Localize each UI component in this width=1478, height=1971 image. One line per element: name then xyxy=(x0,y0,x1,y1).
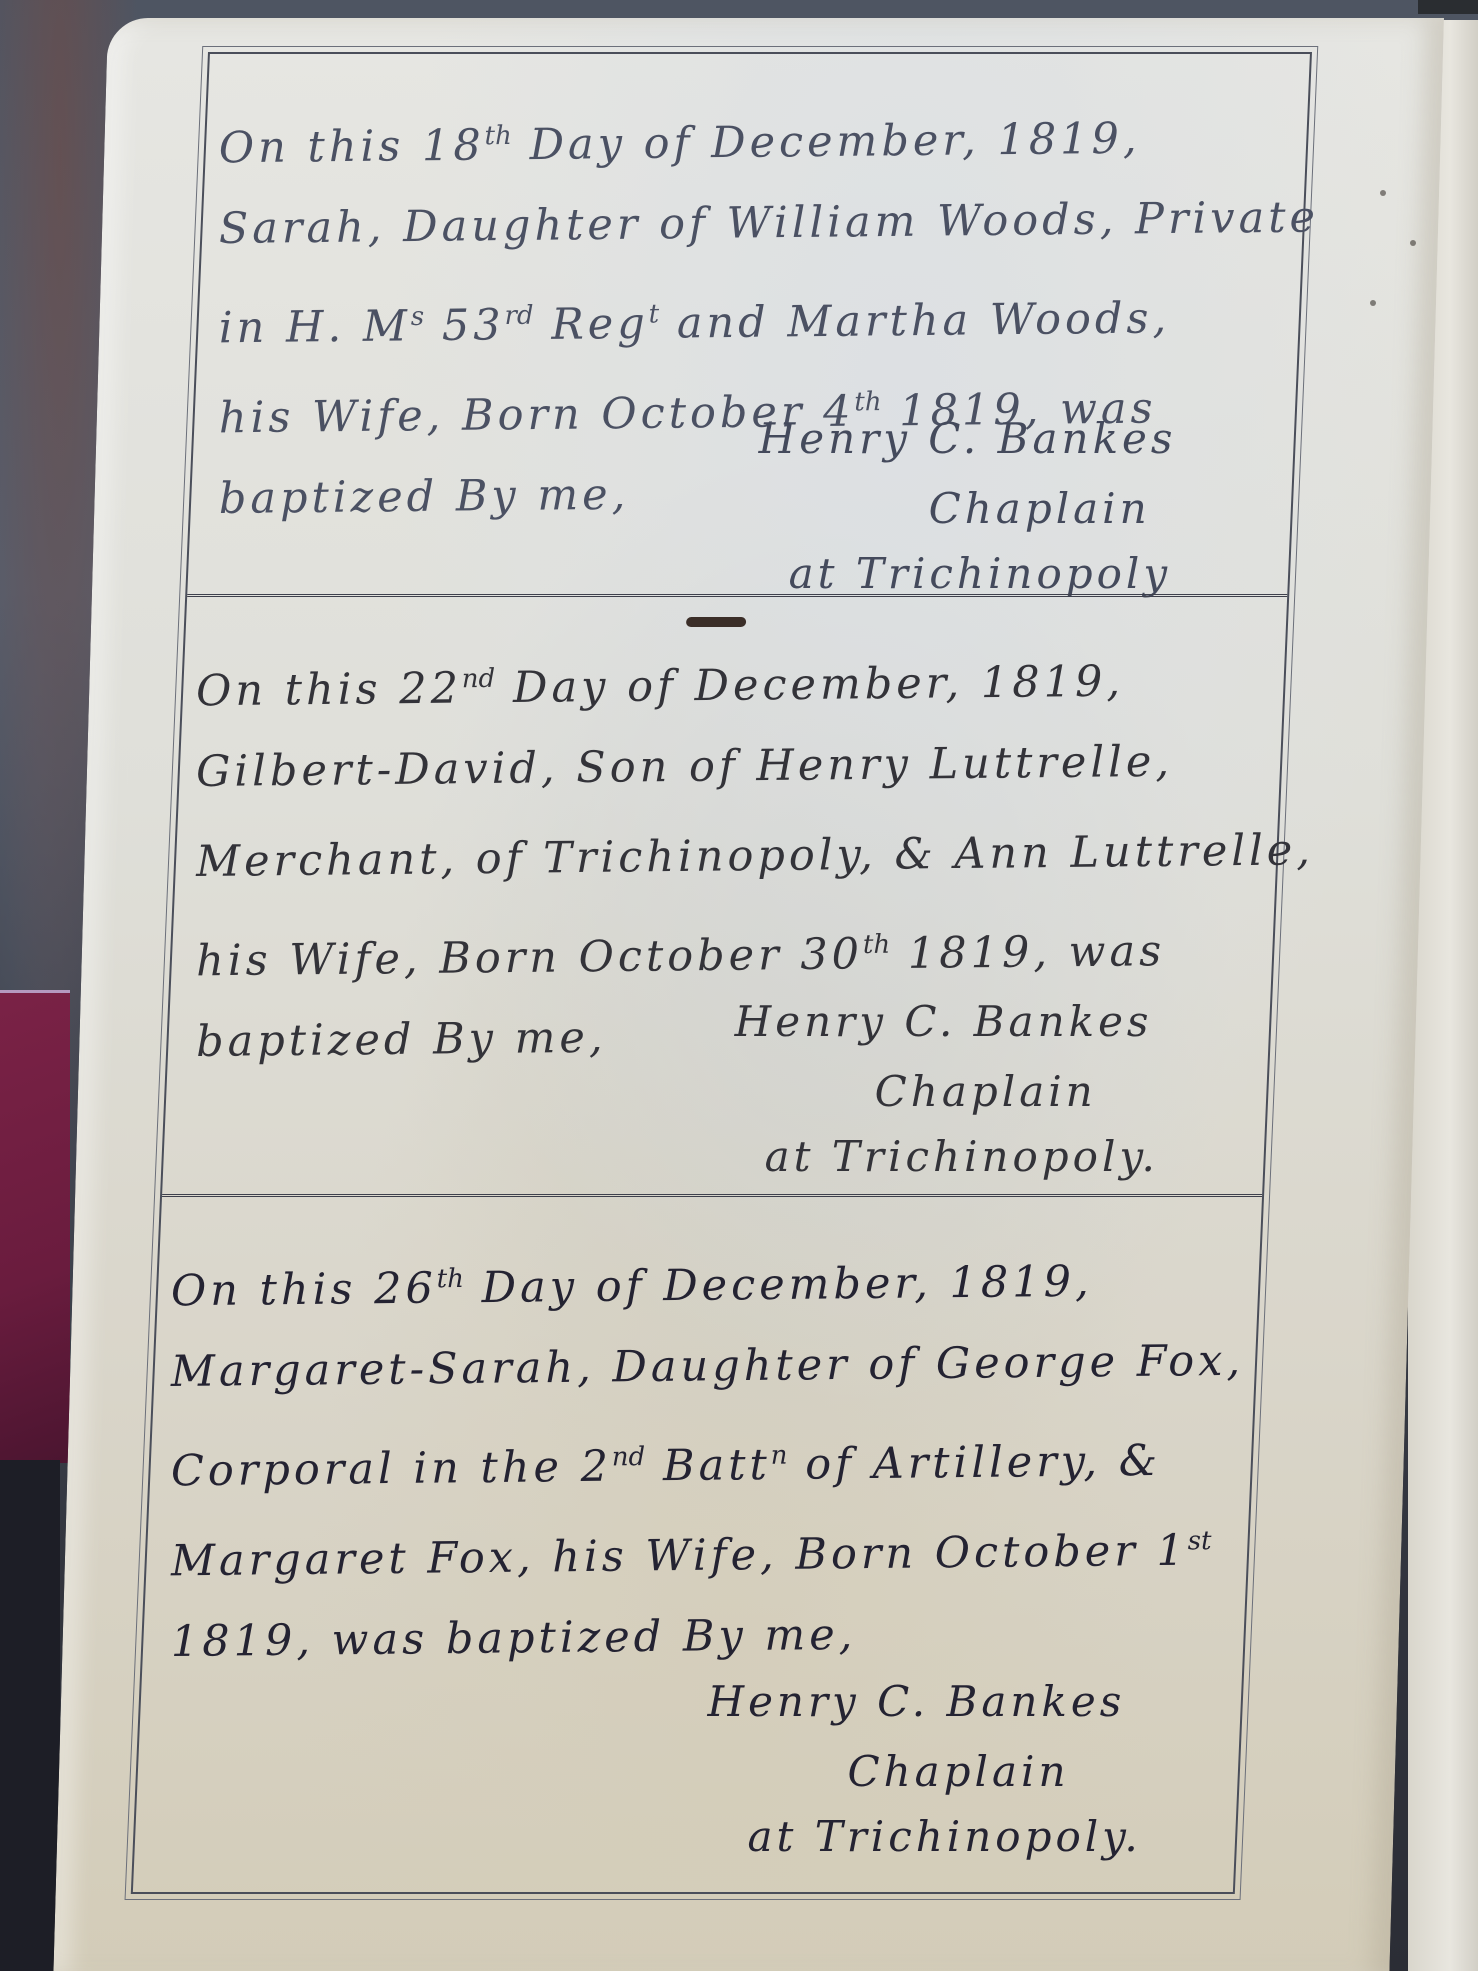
signature-title: Chaplain xyxy=(875,1067,1097,1116)
signature-title: Chaplain xyxy=(929,484,1151,533)
book-cover-dark xyxy=(0,1460,60,1971)
paper-spot xyxy=(1380,190,1386,196)
chaplain-signature: Henry C. Bankes Chaplain at Trichinopoly… xyxy=(175,597,1275,1194)
signature-title: Chaplain xyxy=(847,1747,1069,1796)
baptism-entry-3: On this 26th Day of December, 1819, Marg… xyxy=(133,1194,1262,1892)
background-edge xyxy=(1418,0,1478,14)
paper-damage xyxy=(686,617,746,627)
signature-name: Henry C. Bankes xyxy=(759,414,1177,463)
paper-spot xyxy=(1370,300,1376,306)
baptism-entry-1: On this 18th Day of December, 1819, Sara… xyxy=(187,54,1310,594)
signature-place: at Trichinopoly. xyxy=(765,1132,1159,1181)
book-cover-maroon xyxy=(0,990,70,1463)
signature-place: at Trichinopoly. xyxy=(747,1812,1141,1861)
signature-name: Henry C. Bankes xyxy=(707,1677,1125,1726)
ruled-register-frame: On this 18th Day of December, 1819, Sara… xyxy=(131,52,1312,1894)
chaplain-signature: Henry C. Bankes Chaplain at Trichinopoly xyxy=(199,54,1299,594)
signature-place: at Trichinopoly xyxy=(789,549,1171,598)
signature-name: Henry C. Bankes xyxy=(735,997,1153,1046)
paper-spot xyxy=(1410,240,1416,246)
chaplain-signature: Henry C. Bankes Chaplain at Trichinopoly… xyxy=(147,1197,1247,1892)
baptism-entry-2: On this 22nd Day of December, 1819, Gilb… xyxy=(162,594,1287,1194)
